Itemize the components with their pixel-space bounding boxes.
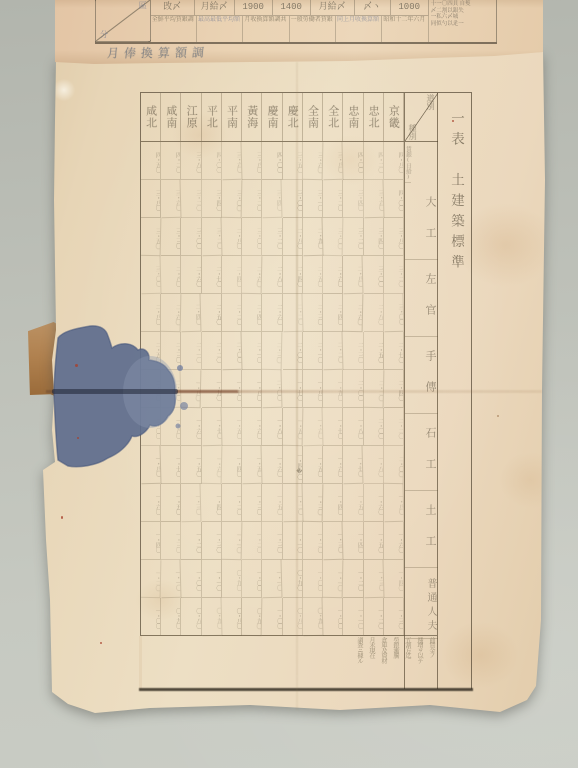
wage-cell: 一・九〇 <box>202 370 222 408</box>
top-sheet-note-cell: 十一〇四貝 自篗〆二割以銀失一私六〆城同似勺以辵一 <box>429 0 497 42</box>
wage-cell: 三・二〇 <box>262 218 282 256</box>
wage-cell: 一・八〇 <box>343 408 363 446</box>
wage-cell: 三・八〇 <box>242 142 262 180</box>
wage-cell: 一・六〇 <box>384 522 404 560</box>
top-sheet-cell: 月給〆 <box>311 0 355 16</box>
wage-cell: 二・三〇 <box>343 332 363 370</box>
trade-label-cell: 土工 <box>405 491 438 568</box>
wage-cell: 二・八〇 <box>222 218 242 256</box>
wage-cell: 一・二〇 <box>181 522 201 560</box>
wage-cell: 三・二〇 <box>384 256 404 294</box>
wage-cell: 三・〇〇 <box>181 218 201 256</box>
wage-cell: 一・二〇 <box>141 560 162 598</box>
wage-cell: 一・〇〇 <box>181 560 201 598</box>
top-sheet-cell: 〆ヽ <box>355 0 391 16</box>
wage-cell: 二・六〇 <box>242 256 263 294</box>
wage-cell: 一・一〇 <box>202 560 222 598</box>
wage-cell: 一・六〇 <box>201 446 222 484</box>
wage-cell: 一・一〇 <box>283 522 303 560</box>
wage-cell: 二・五〇 <box>303 256 323 294</box>
wage-cell: 四・二〇 <box>161 142 181 180</box>
wage-cell: 一・三〇 <box>262 522 282 560</box>
wage-cell: 一・〇〇 <box>323 598 343 636</box>
wage-cell: 二・六〇 <box>262 294 282 332</box>
top-sheet-diagonal-cell: 區 分 <box>95 0 151 42</box>
province-header-cell: 平南 <box>222 93 242 141</box>
wage-cell: 二・九〇 <box>302 218 323 257</box>
wage-cell: 一・〇〇 <box>242 560 262 598</box>
top-sheet-cell: 昭和十二年六月 <box>382 16 428 42</box>
wage-cell: 一・五〇 <box>343 484 363 522</box>
wage-cell: 三・八〇 <box>141 180 161 218</box>
wage-cell: 〇・九〇 <box>283 560 303 598</box>
top-sheet-grid: 攺〆月給〆19001400月給〆〆ヽ1000 全鮮平均賃銀調最高最低平均額月收換… <box>151 0 429 42</box>
top-sheet-table: 區 分 攺〆月給〆19001400月給〆〆ヽ1000 全鮮平均賃銀調最高最低平均… <box>95 0 497 44</box>
top-sheet-cell: 攺〆 <box>151 0 195 16</box>
wage-cell: 三・四〇 <box>262 180 283 219</box>
wage-cell: 三・二〇 <box>242 180 262 218</box>
footnote-line: 倉庫及資材 <box>380 637 387 684</box>
wage-cell: 二・八〇 <box>262 256 282 294</box>
province-header-cell: 黃海 <box>242 93 262 141</box>
wage-cell: 一・三〇 <box>181 484 202 523</box>
wage-cell: 三・二〇 <box>201 218 222 257</box>
wage-cell: 三・三〇 <box>161 218 181 256</box>
wage-cell: 二・二〇 <box>323 332 344 371</box>
top-sheet-caption: 月俸換算額調 <box>106 44 210 62</box>
wage-cell: 一・〇〇 <box>303 560 323 598</box>
top-sheet-cell: 1000 <box>391 0 429 16</box>
wage-cell: 三・〇〇 <box>141 256 162 295</box>
wage-cell: 一・五〇 <box>222 408 242 446</box>
top-sheet-cell: 月收換算額調共 <box>243 16 289 42</box>
wage-cell: 一・六〇 <box>141 484 161 522</box>
wage-cell: 三・二〇 <box>181 180 201 218</box>
trade-label-cell: 石工 <box>405 414 438 491</box>
top-sheet-cell: 全鮮平均賃銀調 <box>151 16 197 42</box>
wage-cell: 三・一〇 <box>303 180 323 218</box>
wage-cell: 三・六〇 <box>161 180 182 219</box>
wage-cell: 一・七〇 <box>222 370 242 408</box>
top-sheet-cell: 一般勞働者賃銀 <box>290 16 336 42</box>
wage-cell: 三・四〇 <box>202 180 222 218</box>
wage-cell: 〇・九〇 <box>222 560 242 598</box>
top-sheet-corner-top: 區 <box>139 0 147 11</box>
wage-cell: 三・八〇 <box>384 218 404 256</box>
wage-cell: 三・〇〇 <box>323 218 344 256</box>
wage-cell: 一・五〇 <box>282 408 303 446</box>
province-header-cell: 全南 <box>303 93 323 141</box>
wage-cell: 一・三〇 <box>363 560 384 599</box>
wage-cell: 一・二〇 <box>343 560 363 598</box>
top-sheet-cell: 月給〆 <box>195 0 235 16</box>
wage-cell: 二・六〇 <box>181 256 201 294</box>
wage-cell: 一・八〇 <box>242 370 262 408</box>
wage-cell: 〇・九〇 <box>302 598 323 637</box>
photo-stage: 咸北咸南江原平北平南黃海慶南慶北全南全北忠南忠北京畿 四・五〇四・二〇三・八〇四… <box>0 0 578 768</box>
wage-cell: 二・〇〇 <box>383 446 404 484</box>
wage-cell: 一・五〇 <box>303 446 323 484</box>
province-header-cell: 慶南 <box>262 93 282 141</box>
wage-cell: 二・二〇 <box>384 408 404 446</box>
wage-cell: 二・三〇 <box>262 332 283 370</box>
wage-cell: 三・〇〇 <box>364 256 384 294</box>
red-speck <box>77 437 79 439</box>
wage-cell: 一・三〇 <box>202 522 222 560</box>
wage-cell: 一・七〇 <box>283 370 303 408</box>
footnote-line: 勞銀漸騰 <box>392 637 399 684</box>
wage-cell: 一・一〇 <box>343 598 363 636</box>
ink-satellite <box>180 402 188 410</box>
wage-cell: 一・四〇 <box>202 484 222 522</box>
footnote-top-rule <box>141 635 437 636</box>
wage-cell: 一・一〇 <box>222 522 243 560</box>
footnote-line: 五割方迄 <box>404 637 411 684</box>
wage-cell: 二・五〇 <box>364 332 384 370</box>
wage-cell: 一・六〇 <box>262 446 282 484</box>
wage-cell: 四・〇〇 <box>343 142 363 180</box>
wage-cell: 一・七〇 <box>201 408 222 447</box>
wage-cell: 三・六〇 <box>221 142 242 181</box>
wage-cell: 一・三〇 <box>384 598 404 636</box>
wage-cell: 一・四〇 <box>384 560 404 598</box>
wage-cell: 一・一〇 <box>262 560 283 599</box>
table-bottom-rule <box>139 688 473 691</box>
wage-cell: 二・二〇 <box>363 370 384 408</box>
province-header-row: 咸北咸南江原平北平南黃海慶南慶北全南全北忠南忠北京畿 <box>141 93 404 142</box>
wage-cell: 一・五〇 <box>242 446 263 485</box>
wage-cell: 二・二〇 <box>202 332 222 370</box>
page-title: 一表 土建築標準 <box>446 111 466 275</box>
wage-cell: 〇・八〇 <box>222 598 242 636</box>
wage-cell: 二・〇〇 <box>364 408 384 446</box>
crease-through-blot <box>52 389 178 394</box>
wage-cell: 二・二〇 <box>222 294 242 332</box>
trade-label-cell: 左官 <box>405 260 438 337</box>
wage-cell: 三・五〇 <box>283 142 303 180</box>
wage-cell: 一・六〇 <box>364 484 384 522</box>
wage-cell: 一・八〇 <box>303 370 323 408</box>
wage-cell: 四・五〇 <box>141 142 161 180</box>
province-header-cell: 咸北 <box>141 93 161 141</box>
wage-cell: 四・八〇 <box>384 142 404 180</box>
province-header-cell: 慶北 <box>283 93 303 141</box>
wage-cell: 二・三〇 <box>303 294 323 332</box>
wage-cell: 一・八〇 <box>383 484 404 523</box>
diagonal-label-bottom: 種別 <box>407 124 418 140</box>
wage-cell: 二・〇〇 <box>283 332 303 370</box>
wage-cell: 三・四〇 <box>343 180 363 218</box>
wage-cell: 一・三〇 <box>242 484 262 522</box>
wage-cell: 二・六〇 <box>343 294 364 332</box>
wage-cell: 三・〇〇 <box>222 180 243 218</box>
wage-cell: 一・二〇 <box>222 484 242 522</box>
trade-labels: 大工左官手傳石工土工普通人夫 <box>405 183 438 639</box>
wage-cell: 二・〇〇 <box>221 332 242 371</box>
wage-cell: 一・五〇 <box>364 522 384 560</box>
footnote-block: 前賃金ノ逓增ヲ以テ五割方迄勞銀漸騰倉庫及資材月末現在調查ニ據ル <box>356 637 435 684</box>
wage-cell: 一・三〇 <box>302 484 323 522</box>
province-header-cell: 忠北 <box>364 93 384 141</box>
top-sheet-row2: 全鮮平均賃銀調最高最低平均額月收換算額調共一般勞働者賃銀同上月收換算額昭和十二年… <box>151 16 429 42</box>
wage-cell: 一・五〇 <box>161 484 181 522</box>
province-header-cell: 全北 <box>323 93 343 141</box>
wage-cell: 四・二〇 <box>364 142 384 180</box>
wage-cell: 一・二〇 <box>282 484 303 523</box>
wage-cell: 二・二〇 <box>282 294 303 333</box>
footnote-line: 前賃金ノ <box>428 637 435 684</box>
top-sheet-cell: 1900 <box>235 0 273 16</box>
wage-cell: 一・八〇 <box>364 446 384 484</box>
red-speck <box>75 364 78 367</box>
wage-cell: 一・三〇 <box>161 522 181 560</box>
unit-note-cell: 賃銀(日給) <box>405 142 411 183</box>
top-sheet: 區 分 攺〆月給〆19001400月給〆〆ヽ1000 全鮮平均賃銀調最高最低平均… <box>55 0 543 64</box>
trade-label-cell: 手傳 <box>405 337 438 414</box>
top-sheet-note-line: 同似勺以辵一 <box>431 21 494 28</box>
wage-cell: 三・五〇 <box>141 218 162 256</box>
ink-satellite <box>177 365 183 371</box>
province-header-cell: 平北 <box>202 93 222 141</box>
wage-cell: 二・八〇 <box>161 256 181 294</box>
wage-cell: 三・二〇 <box>343 218 363 256</box>
wage-cell: 一・六〇 <box>242 408 262 446</box>
brown-speck <box>497 415 499 417</box>
footnote-line: 逓增ヲ以テ <box>416 637 423 684</box>
wage-cell: 二・〇〇 <box>343 370 363 408</box>
wage-cell: 一・七〇 <box>323 408 343 446</box>
wage-cell: 〇・八〇 <box>181 598 201 636</box>
footnote-line: 調查ニ據ル <box>356 637 363 684</box>
ink-blot <box>50 320 190 472</box>
wage-cell: 一・四〇 <box>141 522 161 560</box>
wage-cell: 〇・九〇 <box>201 598 222 637</box>
province-header-cell: 京畿 <box>384 93 404 141</box>
top-sheet-cell: 1400 <box>273 0 311 16</box>
wage-cell: 一・〇〇 <box>141 598 161 636</box>
wage-cell: 一・三〇 <box>323 522 344 561</box>
wage-cell: 二・四〇 <box>222 256 242 294</box>
wage-cell: 一・四〇 <box>222 446 242 484</box>
top-sheet-cell: 最高最低平均額 <box>197 16 243 42</box>
wage-cell: 二・五〇 <box>202 294 222 332</box>
wage-cell: 一・五〇 <box>262 484 282 522</box>
wage-cell: 二・一〇 <box>303 332 323 370</box>
wage-cell: 一・六〇 <box>323 446 343 484</box>
wage-cell: 〇・九〇 <box>242 598 263 636</box>
wage-cell: 三・四〇 <box>364 218 384 256</box>
wage-cell: 三・六〇 <box>302 142 323 180</box>
wage-cell: 〇・八〇 <box>283 598 303 636</box>
wage-cell: 二・七〇 <box>202 256 222 294</box>
wage-cell: 二・八〇 <box>364 294 384 332</box>
red-speck <box>452 120 454 122</box>
trade-label-cell: 普通人夫 <box>405 568 438 639</box>
wage-cell: 四・〇〇 <box>384 180 404 218</box>
top-sheet-cell: 同上月收換算額 <box>336 16 382 42</box>
wage-cell: 一・八〇 <box>262 408 282 446</box>
wage-cell: 三・〇〇 <box>242 218 262 256</box>
wage-cell: 二・四〇 <box>323 294 343 332</box>
wage-cell: 三・二〇 <box>323 180 343 218</box>
wage-cell: 一・四�〇 <box>283 446 303 484</box>
top-sheet-row1: 攺〆月給〆19001400月給〆〆ヽ1000 <box>151 0 429 16</box>
wage-cell: 一・一〇 <box>161 560 182 599</box>
wage-cell: 三・六〇 <box>363 180 384 219</box>
wage-cell: 三・八〇 <box>181 142 201 180</box>
wage-cell: 二・一〇 <box>242 332 262 370</box>
wage-cell: 一・一〇 <box>323 560 344 598</box>
wage-cell: 二・四〇 <box>283 256 303 294</box>
wage-cell: 一・四〇 <box>323 484 343 522</box>
wage-cell: 〇・九〇 <box>161 598 181 636</box>
wage-cell: 二・八〇 <box>283 218 303 256</box>
red-speck <box>100 642 102 644</box>
wage-cell: 四・〇〇 <box>202 142 222 180</box>
wage-cell: 三・〇〇 <box>283 180 303 218</box>
wage-cell: 二・四〇 <box>384 370 404 408</box>
trade-label-cell: 大工 <box>405 183 438 260</box>
province-header-cell: 忠南 <box>343 93 363 141</box>
wage-cell: 三・八〇 <box>323 142 344 181</box>
wage-cell: 二・八〇 <box>343 256 364 295</box>
red-speck <box>61 516 63 519</box>
wage-cell: 一・七〇 <box>343 446 364 485</box>
wage-cell: 一・二〇 <box>364 598 384 636</box>
wage-cell: 二・七〇 <box>384 332 404 370</box>
wage-cell: 一・九〇 <box>323 370 343 408</box>
wage-cell: 一・〇〇 <box>262 598 282 636</box>
diagonal-label-top: 道別 <box>425 94 436 110</box>
wage-cell: 二・六〇 <box>323 256 343 294</box>
diagonal-header-cell: 道別 種別 <box>405 93 438 142</box>
wage-cell: 二・四〇 <box>242 294 262 332</box>
top-sheet-corner-bottom: 分 <box>100 29 108 40</box>
wage-cell: 一・六〇 <box>302 408 323 447</box>
footnote-line: 月末現在 <box>368 637 375 684</box>
wage-cell: 一・二〇 <box>303 522 323 560</box>
vertical-fold-crease <box>296 62 298 710</box>
province-header-cell: 咸南 <box>161 93 181 141</box>
wage-cell: 三・〇〇 <box>383 294 404 333</box>
wage-cell: 一・二〇 <box>242 522 262 560</box>
ink-satellite <box>176 424 181 429</box>
wage-cell: 二・〇〇 <box>262 370 283 409</box>
wage-cell: 一・四〇 <box>343 522 363 560</box>
province-header-cell: 江原 <box>181 93 201 141</box>
border-mask <box>139 636 142 689</box>
wage-cell: 四・〇〇 <box>262 142 282 180</box>
